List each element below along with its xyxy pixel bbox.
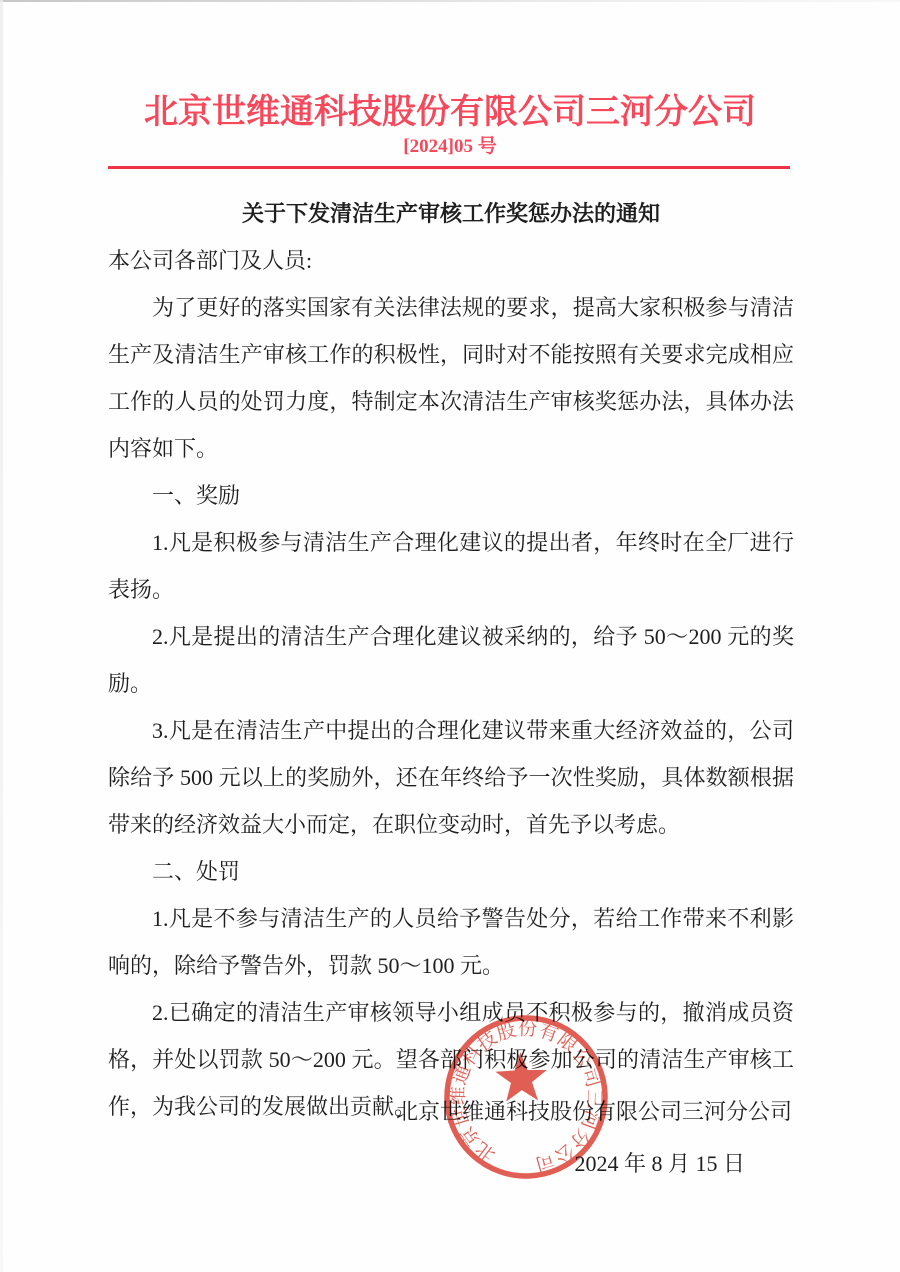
reward-item-1: 1.凡是积极参与清洁生产合理化建议的提出者，年终时在全厂进行表扬。 <box>108 519 794 613</box>
notice-body: 关于下发清洁生产审核工作奖惩办法的通知 本公司各部门及人员: 为了更好的落实国家… <box>108 190 794 1130</box>
letterhead-divider-rule <box>108 166 790 169</box>
letterhead-company-name: 北京世维通科技股份有限公司三河分公司 <box>0 84 900 133</box>
punishment-item-1: 1.凡是不参与清洁生产的人员给予警告处分，若给工作带来不利影响的，除给予警告外，… <box>108 895 794 989</box>
seal-star-icon <box>495 1051 548 1102</box>
section-heading-punishments: 二、处罚 <box>108 848 794 895</box>
salutation: 本公司各部门及人员: <box>108 237 794 284</box>
seal-curved-text: 北京世维通科技股份有限公司三河分公司 <box>435 1006 617 1188</box>
document-number: [2024]05 号 <box>0 131 900 158</box>
company-seal-stamp: 北京世维通科技股份有限公司三河分公司 <box>435 1006 617 1188</box>
reward-item-2: 2.凡是提出的清洁生产合理化建议被采纳的，给予 50～200 元的奖励。 <box>108 613 794 707</box>
intro-paragraph: 为了更好的落实国家有关法律法规的要求，提高大家积极参与清洁生产及清洁生产审核工作… <box>108 284 794 472</box>
notice-title: 关于下发清洁生产审核工作奖惩办法的通知 <box>108 190 794 237</box>
scanned-notice-page: 北京世维通科技股份有限公司三河分公司 [2024]05 号 关于下发清洁生产审核… <box>0 0 900 1272</box>
section-heading-rewards: 一、奖励 <box>108 472 794 519</box>
scan-artifact-top-edge <box>0 0 900 2</box>
scan-artifact-left-edge <box>0 0 3 1272</box>
reward-item-3: 3.凡是在清洁生产中提出的合理化建议带来重大经济效益的，公司除给予 500 元以… <box>108 707 794 848</box>
